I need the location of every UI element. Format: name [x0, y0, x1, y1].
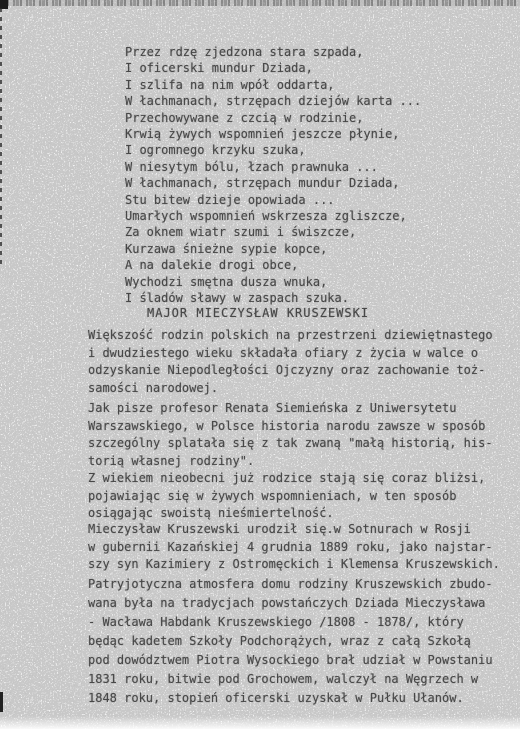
text-line: szy syn Kazimiery z Ostromęckich i Kleme… — [88, 556, 500, 574]
text-line: 1831 roku, bitwie pod Grochowem, walczył… — [88, 670, 493, 689]
scan-left-edge-artifact — [0, 8, 2, 268]
text-line: A na dalekie drogi obce, — [125, 257, 421, 273]
scan-top-edge-artifact — [0, 0, 520, 6]
section-heading: MAJOR MIECZYSŁAW KRUSZEWSKI — [147, 306, 369, 320]
paragraph-4: Mieczysław Kruszewski urodził się.w Sotn… — [88, 521, 500, 574]
text-line: będąc kadetem Szkoły Podchorążych, wraz … — [88, 632, 493, 651]
text-line: Przez rdzę zjedzona stara szpada, — [125, 44, 421, 60]
text-line: Z wiekiem nieobecni już rodzice stają si… — [88, 470, 485, 488]
paragraph-1: Większość rodzin polskich na przestrzeni… — [88, 327, 493, 397]
text-line: - Wacława Habdank Kruszewskiego /1808 - … — [88, 613, 493, 632]
text-line: Wychodzi smętna dusza wnuka, — [125, 274, 421, 290]
text-line: 1848 roku, stopień oficerski uzyskał w P… — [88, 689, 493, 708]
text-line: szczególny splatała się z tak zwaną "mał… — [88, 435, 493, 453]
text-line: Kurzawa śnieżne sypie kopce, — [125, 241, 421, 257]
text-line: I ogromnego krzyku szuka, — [125, 142, 421, 158]
text-line: wana była na tradycjach powstańczych Dzi… — [88, 594, 493, 613]
poem: Przez rdzę zjedzona stara szpada,I ofice… — [125, 44, 421, 307]
text-line: Krwią żywych wspomnień jeszcze płynie, — [125, 126, 421, 142]
paragraph-3: Z wiekiem nieobecni już rodzice stają si… — [88, 470, 485, 523]
text-line: Umarłych wspomnień wskrzesza zgliszcze, — [125, 208, 421, 224]
text-line: torią własnej rodziny". — [88, 453, 493, 471]
text-line: W łachmanach, strzępach mundur Dziada, — [125, 175, 421, 191]
text-line: I szlifa na nim wpół oddarta, — [125, 77, 421, 93]
text-line: Jak pisze profesor Renata Siemieńska z U… — [88, 400, 493, 418]
text-line: Przechowywane z czcią w rodzinie, — [125, 110, 421, 126]
text-line: Stu bitew dzieje opowiada ... — [125, 192, 421, 208]
text-line: Mieczysław Kruszewski urodził się.w Sotn… — [88, 521, 500, 539]
paragraph-5: Patryjotyczna atmosfera domu rodziny Kru… — [88, 575, 493, 708]
text-line: Za oknem wiatr szumi i świszcze, — [125, 224, 421, 240]
text-line: I śladów sławy w zaspach szuka. — [125, 290, 421, 306]
text-line: samości narodowej. — [88, 380, 493, 398]
text-line: Większość rodzin polskich na przestrzeni… — [88, 327, 493, 345]
text-line: W niesytym bólu, łzach prawnuka ... — [125, 159, 421, 175]
text-line: W łachmanach, strzępach dziejów karta ..… — [125, 93, 421, 109]
paragraph-2: Jak pisze profesor Renata Siemieńska z U… — [88, 400, 493, 470]
text-line: Warszawskiego, w Polsce historia narodu … — [88, 418, 493, 436]
text-line: odzyskanie Niepodległości Ojczyzny oraz … — [88, 362, 493, 380]
text-line: osiągając swoistą nieśmiertelność. — [88, 505, 485, 523]
text-line: I oficerski mundur Dziada, — [125, 60, 421, 76]
text-line: i dwudziestego wieku składała ofiary z ż… — [88, 345, 493, 363]
text-line: Patryjotyczna atmosfera domu rodziny Kru… — [88, 575, 493, 594]
text-line: pod dowództwem Piotra Wysockiego brał ud… — [88, 651, 493, 670]
scanned-document-page: Przez rdzę zjedzona stara szpada,I ofice… — [0, 0, 520, 729]
scan-bottom-left-corner-mark — [0, 692, 3, 712]
text-line: w gubernii Kazańskiej 4 grudnia 1889 rok… — [88, 539, 500, 557]
text-line: pojawiając się w żywych wspomnieniach, w… — [88, 488, 485, 506]
scan-bottom-edge-artifact — [0, 716, 520, 729]
